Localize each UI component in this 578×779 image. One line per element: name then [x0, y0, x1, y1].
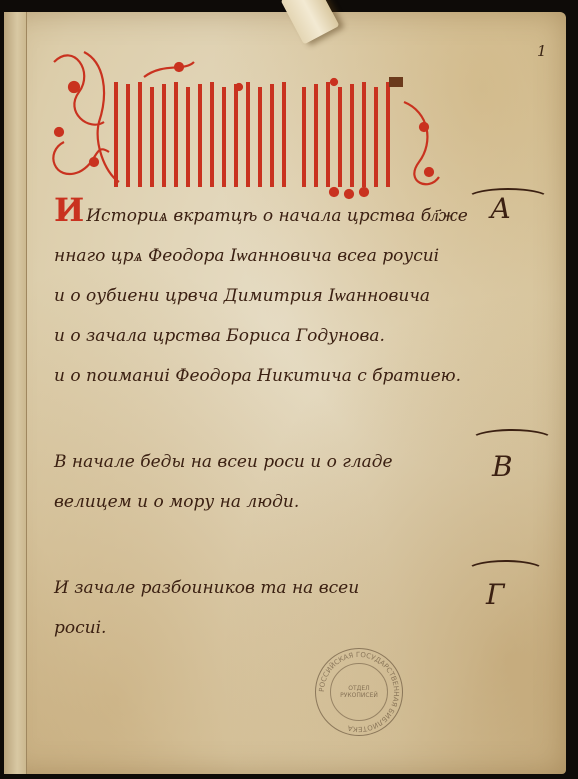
marker-swash [470, 429, 554, 451]
section-2: В начале беды на всеи роси и о гладе вел… [54, 442, 393, 522]
text-line: ннаго црѧ Феодора Іѡанновича всеа роусиі [54, 236, 468, 276]
marker-swash [466, 188, 550, 210]
text-line: велицем и о мору на люди. [54, 482, 393, 522]
book-gutter [4, 12, 27, 774]
text-line: ИИсториѧ вкратцѣ о начала црства бл҃же [54, 190, 468, 236]
ornamental-headpiece: ПРЕЖЕСЛОВИЕСКАЗАНИЯСЕГО [34, 32, 454, 202]
text-line: В начале беды на всеи роси и о гладе [54, 442, 393, 482]
text-line: и о поиманиі Феодора Никитича с братиею. [54, 356, 468, 396]
library-stamp: РОССИЙСКАЯ ГОСУДАРСТВЕННАЯ БИБЛИОТЕКА ОТ… [315, 648, 403, 736]
text-line: и о зачала црства Бориса Годунова. [54, 316, 468, 356]
stamp-inner: ОТДЕЛ РУКОПИСЕЙ [330, 663, 388, 721]
text-line: и о оубиени црвча Димитрия Іѡанновича [54, 276, 468, 316]
marker-swash [466, 560, 545, 582]
text-line: росиі. [54, 608, 359, 648]
initial-letter: И [54, 191, 84, 229]
manuscript-page: 1 [4, 12, 566, 774]
folio-number: 1 [537, 42, 547, 60]
section-marker-g: Г [486, 578, 505, 611]
section-3: И зачале разбоиников та на всеи росиі. [54, 568, 359, 648]
section-1: ИИсториѧ вкратцѣ о начала црства бл҃же н… [54, 190, 468, 396]
text-line: И зачале разбоиников та на всеи [54, 568, 359, 608]
section-marker-v: В [492, 450, 513, 483]
